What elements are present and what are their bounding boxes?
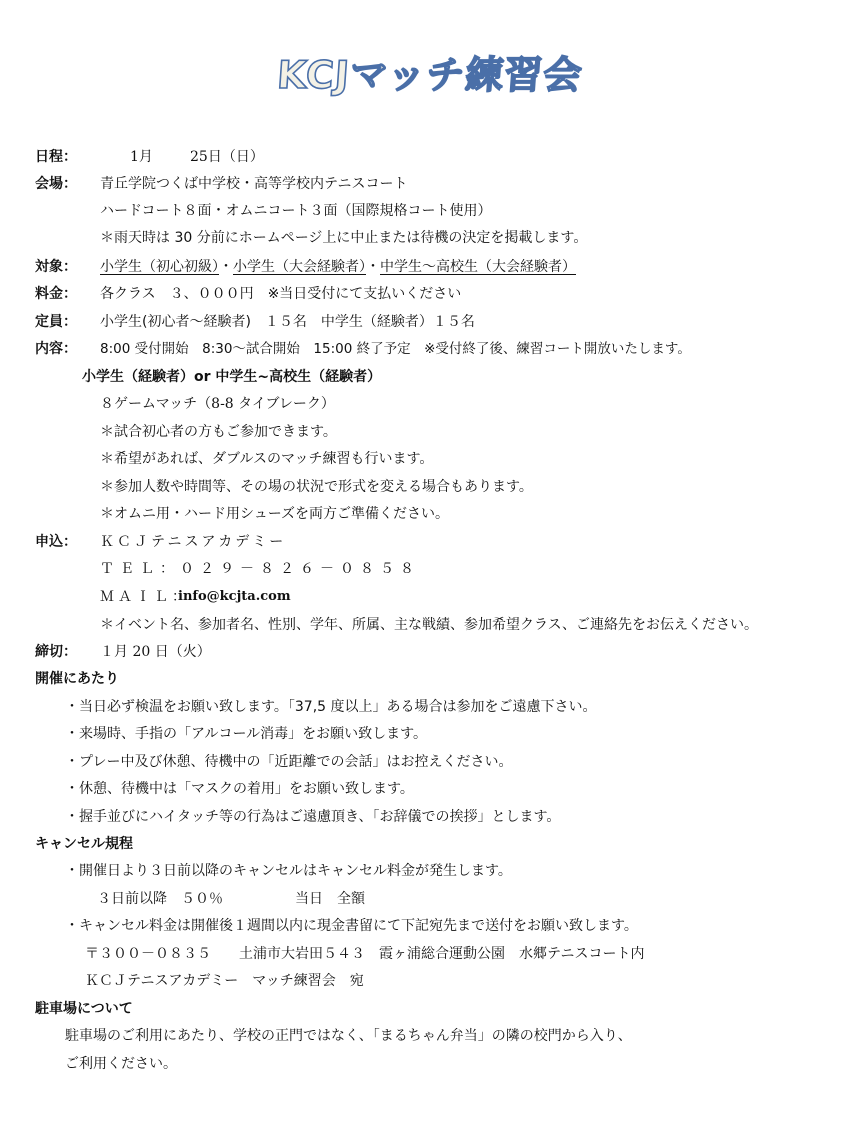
holding-item: ・当日必ず検温をお願い致します。「37,5 度以上」ある場合は参加をご遠慮下さい… — [65, 693, 597, 721]
cancel-item-1: ・開催日より３日前以降のキャンセルはキャンセル料金が発生します。 — [65, 857, 512, 885]
content-line-row: ＊希望があれば、ダブルスのマッチ練習も行います。 — [0, 445, 860, 473]
content-line1: 8:00 受付開始 8:30～試合開始 15:00 終了予定 ※受付終了後、練習… — [100, 335, 691, 363]
cancel-heading-row: キャンセル規程 — [0, 830, 860, 858]
target-label: 対象： — [35, 253, 77, 281]
venue-line2: ハードコート８面・オムニコート３面（国際規格コート使用） — [100, 197, 491, 225]
content-label: 内容： — [35, 335, 77, 363]
schedule-day: 25日（日） — [190, 143, 264, 171]
schedule-row: 日程： 1月 25日（日） — [0, 143, 860, 171]
content-line-row: ＊試合初心者の方もご参加できます。 — [0, 418, 860, 446]
content-row: 内容： 8:00 受付開始 8:30～試合開始 15:00 終了予定 ※受付終了… — [0, 335, 860, 363]
parking-line-1: 駐車場のご利用にあたり、学校の正門ではなく、「まるちゃん弁当」の隣の校門から入り… — [65, 1022, 632, 1050]
target-separator: ・ — [366, 259, 380, 275]
holding-item: ・プレー中及び休憩、待機中の「近距離での会話」はお控えください。 — [65, 748, 512, 776]
page-title: KCJマッチ練習会 — [0, 44, 860, 99]
venue-label: 会場： — [35, 170, 77, 198]
schedule-label: 日程： — [35, 143, 77, 171]
deadline-label: 締切： — [35, 638, 77, 666]
holding-item-row: ・当日必ず検温をお願い致します。「37,5 度以上」ある場合は参加をご遠慮下さい… — [0, 693, 860, 721]
cancel-address-row: 〒３００－０８３５ 土浦市大岩田５４３ 霞ヶ浦総合運動公園 水郷テニスコート内 — [0, 940, 860, 968]
cancel-address: 〒３００－０８３５ 土浦市大岩田５４３ 霞ヶ浦総合運動公園 水郷テニスコート内 — [85, 940, 644, 968]
parking-line-2: ご利用ください。 — [65, 1050, 177, 1078]
content-line: ＊希望があれば、ダブルスのマッチ練習も行います。 — [100, 445, 433, 473]
content-line-row: ＊参加人数や時間等、その場の状況で形式を変える場合もあります。 — [0, 473, 860, 501]
content-line: ＊オムニ用・ハード用シューズを両方ご準備ください。 — [100, 500, 449, 528]
cancel-recipient: ＫＣＪテニスアカデミー マッチ練習会 宛 — [85, 967, 364, 995]
holding-item: ・休憩、待機中は「マスクの着用」をお願い致します。 — [65, 775, 414, 803]
target-item-beginner: 小学生（初心初級） — [100, 259, 219, 275]
parking-line-row: ご利用ください。 — [0, 1050, 860, 1078]
apply-note-row: ＊イベント名、参加者名、性別、学年、所属、主な戦績、参加希望クラス、ご連絡先をお… — [0, 611, 860, 639]
content-subheading: 小学生（経験者）or 中学生~高校生（経験者） — [82, 363, 381, 391]
holding-item-row: ・休憩、待機中は「マスクの着用」をお願い致します。 — [0, 775, 860, 803]
apply-row: 申込： ＫＣＪテニスアカデミー — [0, 528, 860, 556]
content-line: ＊参加人数や時間等、その場の状況で形式を変える場合もあります。 — [100, 473, 533, 501]
apply-label: 申込： — [35, 528, 77, 556]
apply-note: ＊イベント名、参加者名、性別、学年、所属、主な戦績、参加希望クラス、ご連絡先をお… — [100, 611, 758, 639]
content-line: ８ゲームマッチ（8-8 タイブレーク） — [100, 390, 335, 418]
cancel-rate-same-day: 当日 全額 — [295, 885, 365, 913]
venue-row-2: ハードコート８面・オムニコート３面（国際規格コート使用） — [0, 197, 860, 225]
fee-row: 料金： 各クラス ３、０００円 ※当日受付にて支払いください — [0, 280, 860, 308]
cancel-item-row: ・キャンセル料金は開催後１週間以内に現金書留にて下記宛先まで送付をお願い致します… — [0, 912, 860, 940]
apply-org: ＫＣＪテニスアカデミー — [100, 528, 286, 556]
deadline-row: 締切： １月 20 日（火） — [0, 638, 860, 666]
parking-heading: 駐車場について — [35, 995, 133, 1023]
holding-item: ・握手並びにハイタッチ等の行為はご遠慮頂き、「お辞儀での挨拶」とします。 — [65, 803, 560, 831]
cancel-rate-3days: ３日前以降 ５０％ — [97, 885, 223, 913]
content-subheading-row: 小学生（経験者）or 中学生~高校生（経験者） — [0, 363, 860, 391]
capacity-text: 小学生(初心者～経験者) １５名 中学生（経験者）１５名 — [100, 308, 475, 336]
content-line-row: ８ゲームマッチ（8-8 タイブレーク） — [0, 390, 860, 418]
content-line: ＊試合初心者の方もご参加できます。 — [100, 418, 337, 446]
holding-heading-row: 開催にあたり — [0, 665, 860, 693]
fee-text: 各クラス ３、０００円 ※当日受付にて支払いください — [100, 280, 461, 308]
capacity-row: 定員： 小学生(初心者～経験者) １５名 中学生（経験者）１５名 — [0, 308, 860, 336]
holding-item-row: ・プレー中及び休憩、待機中の「近距離での会話」はお控えください。 — [0, 748, 860, 776]
cancel-rates-row: ３日前以降 ５０％ 当日 全額 — [0, 885, 860, 913]
target-list: 小学生（初心初級）・小学生（大会経験者）・中学生～高校生（大会経験者） — [100, 253, 582, 281]
apply-tel-row: ＴＥＬ： ０２９－８２６－０８５８ — [0, 555, 860, 583]
capacity-label: 定員： — [35, 308, 77, 336]
deadline-text: １月 20 日（火） — [100, 638, 211, 666]
venue-line3: ＊雨天時は 30 分前にホームページ上に中止または待機の決定を掲載します。 — [100, 224, 587, 252]
content-line-row: ＊オムニ用・ハード用シューズを両方ご準備ください。 — [0, 500, 860, 528]
venue-row: 会場： 青丘学院つくば中学校・高等学校内テニスコート — [0, 170, 860, 198]
venue-line1: 青丘学院つくば中学校・高等学校内テニスコート — [100, 170, 407, 198]
venue-row-3: ＊雨天時は 30 分前にホームページ上に中止または待機の決定を掲載します。 — [0, 224, 860, 252]
target-row: 対象： 小学生（初心初級）・小学生（大会経験者）・中学生～高校生（大会経験者） — [0, 253, 860, 281]
holding-item-row: ・来場時、手指の「アルコール消毒」をお願い致します。 — [0, 720, 860, 748]
cancel-heading: キャンセル規程 — [35, 830, 133, 858]
target-item-elementary-experienced: 小学生（大会経験者） — [233, 259, 366, 275]
parking-heading-row: 駐車場について — [0, 995, 860, 1023]
mail-label: ＭＡＩＬ： — [100, 583, 190, 611]
apply-mail-row: ＭＡＩＬ： info@kcjta.com — [0, 583, 860, 611]
target-item-junior-high: 中学生～高校生（大会経験者） — [380, 259, 582, 275]
holding-heading: 開催にあたり — [35, 665, 119, 693]
schedule-month: 1月 — [130, 143, 153, 171]
holding-item: ・来場時、手指の「アルコール消毒」をお願い致します。 — [65, 720, 427, 748]
cancel-recipient-row: ＫＣＪテニスアカデミー マッチ練習会 宛 — [0, 967, 860, 995]
tel-label: ＴＥＬ： — [100, 555, 180, 583]
tel-number: ０２９－８２６－０８５８ — [180, 555, 420, 583]
cancel-item-row: ・開催日より３日前以降のキャンセルはキャンセル料金が発生します。 — [0, 857, 860, 885]
parking-line-row: 駐車場のご利用にあたり、学校の正門ではなく、「まるちゃん弁当」の隣の校門から入り… — [0, 1022, 860, 1050]
fee-label: 料金： — [35, 280, 77, 308]
holding-item-row: ・握手並びにハイタッチ等の行為はご遠慮頂き、「お辞儀での挨拶」とします。 — [0, 803, 860, 831]
target-separator: ・ — [219, 259, 233, 275]
mail-address: info@kcjta.com — [178, 583, 291, 611]
cancel-item-2: ・キャンセル料金は開催後１週間以内に現金書留にて下記宛先まで送付をお願い致します… — [65, 912, 638, 940]
